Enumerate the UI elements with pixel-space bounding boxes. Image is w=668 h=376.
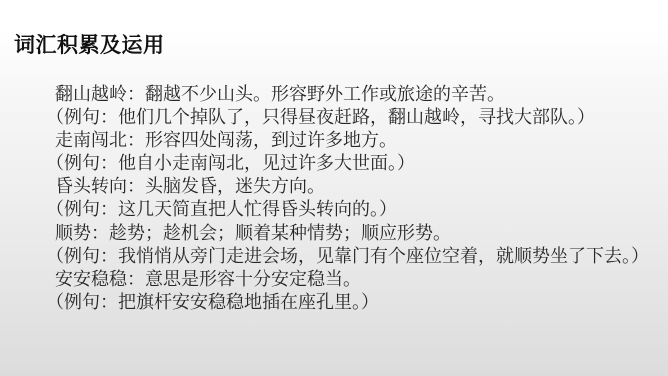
example-shunshi: （例句：我悄悄从旁门走进会场，见靠门有个座位空着，就顺势坐了下去。） <box>37 245 661 268</box>
example-huntouzhuanxiang: （例句：这几天简直把人忙得昏头转向的。） <box>37 198 661 221</box>
slide: 词汇积累及运用 翻山越岭：翻越不少山头。形容野外工作或旅途的辛苦。 （例句：他们… <box>0 0 668 376</box>
slide-title: 词汇积累及运用 <box>14 31 165 59</box>
definition-huntouzhuanxiang: 昏头转向：头脑发昏，迷失方向。 <box>37 175 661 198</box>
definition-zounanchuangbei: 走南闯北：形容四处闯荡，到过许多地方。 <box>37 129 661 152</box>
example-zounanchuangbei: （例句：他自小走南闯北，见过许多大世面。） <box>37 152 661 175</box>
example-ananwenwen: （例句：把旗杆安安稳稳地插在座孔里。） <box>37 291 661 314</box>
vocabulary-list: 翻山越岭：翻越不少山头。形容野外工作或旅途的辛苦。 （例句：他们几个掉队了，只得… <box>37 83 661 314</box>
definition-ananwenwen: 安安稳稳：意思是形容十分安定稳当。 <box>37 268 661 291</box>
example-fanshanyueling: （例句：他们几个掉队了，只得昼夜赶路，翻山越岭，寻找大部队。） <box>37 106 661 129</box>
definition-shunshi: 顺势：趁势；趁机会；顺着某种情势；顺应形势。 <box>37 222 661 245</box>
definition-fanshanyueling: 翻山越岭：翻越不少山头。形容野外工作或旅途的辛苦。 <box>37 83 661 106</box>
